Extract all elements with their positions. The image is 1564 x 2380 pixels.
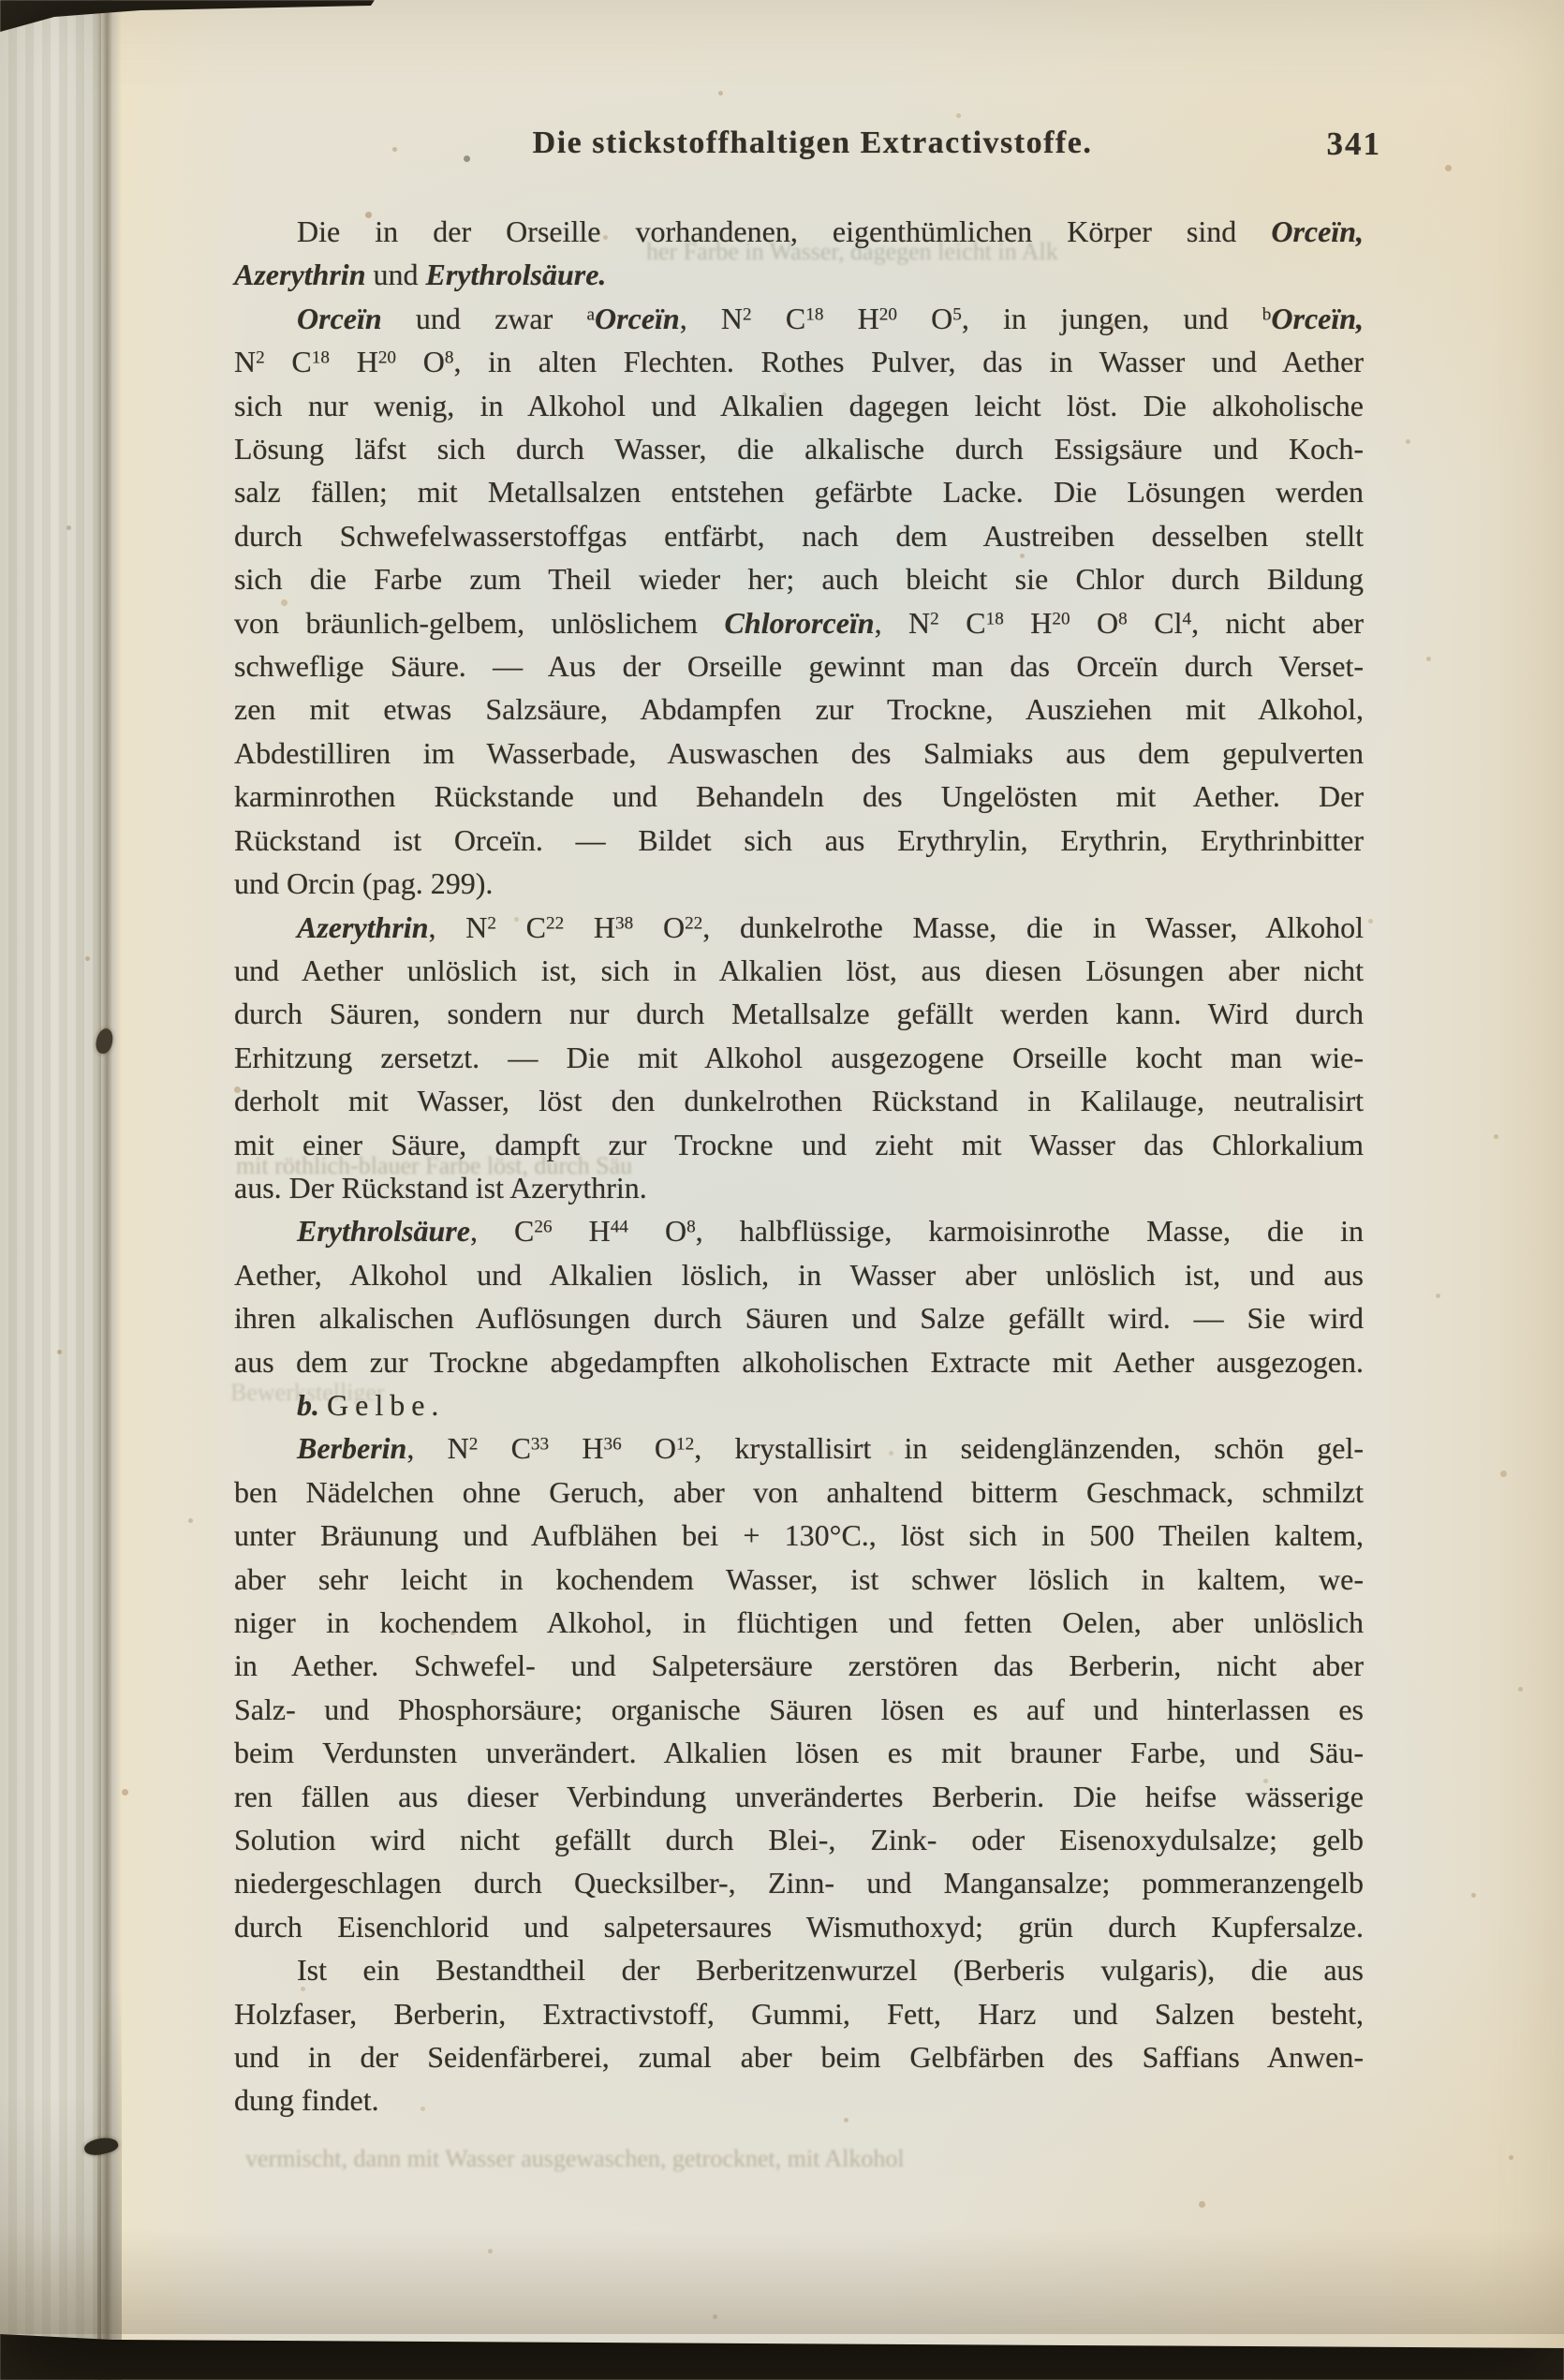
text-segment — [319, 1388, 327, 1422]
text-line: aber sehr leicht in kochendem Wasser, is… — [234, 1558, 1364, 1601]
text-line: und Orcin (pag. 299). — [234, 862, 1364, 905]
text-segment: H — [549, 1431, 603, 1465]
superscript: 4 — [1182, 609, 1191, 628]
text-line: Orceïn und zwar aOrceïn, N2 C18 H20 O5, … — [234, 297, 1364, 340]
text-line: dung findet. — [234, 2078, 1364, 2121]
text-segment: mit einer Säure, dampft zur Trockne und … — [234, 1128, 1364, 1161]
text-segment: von bräunlich-gelbem, unlöslichem — [234, 606, 725, 640]
text-segment: Aether, Alkohol und Alkalien löslich, in… — [234, 1258, 1364, 1292]
text-segment: Lösung läfst sich durch Wasser, die alka… — [234, 432, 1364, 466]
superscript: 44 — [611, 1218, 628, 1237]
text-segment: karminrothen Rückstande und Behandeln de… — [234, 779, 1364, 813]
superscript: 2 — [930, 609, 939, 628]
text-segment: H — [1004, 606, 1053, 640]
superscript: 2 — [743, 304, 752, 324]
text-segment: aus. Der Rückstand ist Azerythrin. — [234, 1171, 647, 1205]
text-segment: Ist ein Bestandtheil der Berberitzenwurz… — [297, 1953, 1364, 1987]
text-segment: O — [897, 302, 952, 335]
superscript: 2 — [256, 348, 265, 368]
superscript: 36 — [603, 1435, 621, 1455]
text-segment: unter Bräunung und Aufblähen bei + 130°C… — [234, 1518, 1364, 1552]
text-line: Ist ein Bestandtheil der Berberitzenwurz… — [234, 1948, 1364, 1991]
superscript: 26 — [534, 1218, 552, 1237]
bleed-through-text: vermischt, dann mit Wasser ausgewaschen,… — [245, 2145, 905, 2173]
text-segment: niedergeschlagen durch Quecksilber-, Zin… — [234, 1866, 1364, 1900]
superscript: 22 — [546, 913, 564, 933]
page-number: 341 — [1327, 126, 1382, 163]
text-segment: und in der Seidenfärberei, zumal aber be… — [234, 2040, 1364, 2074]
text-line: sich die Farbe zum Theil wieder her; auc… — [234, 557, 1364, 600]
text-segment: H — [823, 302, 878, 335]
text-segment: Salz- und Phosphorsäure; organische Säur… — [234, 1693, 1364, 1726]
text-line: durch Schwefelwasserstoffgas entfärbt, n… — [234, 514, 1364, 557]
text-segment: , N — [875, 606, 931, 640]
text-line: niger in kochendem Alkohol, in flüchtige… — [234, 1601, 1364, 1644]
text-segment: und Orcin (pag. 299). — [234, 866, 493, 900]
superscript: a — [587, 304, 596, 324]
text-segment: , krystallisirt in seidenglänzenden, sch… — [694, 1431, 1364, 1465]
text-segment: beim Verdunsten unverändert. Alkalien lö… — [234, 1736, 1364, 1769]
text-line: salz fällen; mit Metallsalzen entstehen … — [234, 470, 1364, 513]
text-segment: , N — [680, 302, 743, 335]
text-line: Salz- und Phosphorsäure; organische Säur… — [234, 1688, 1364, 1731]
text-segment: , nicht aber — [1191, 606, 1364, 640]
superscript: 33 — [531, 1435, 549, 1455]
superscript: 20 — [879, 304, 897, 324]
text-segment: Holzfaser, Berberin, Extractivstoff, Gum… — [234, 1997, 1364, 2031]
text-segment: Abdestilliren im Wasserbade, Auswaschen … — [234, 736, 1364, 770]
text-line: ren fällen aus dieser Verbindung unverän… — [234, 1775, 1364, 1818]
body-text: Die in der Orseille vorhandenen, eigenth… — [234, 210, 1364, 2122]
superscript: 8 — [1118, 609, 1128, 628]
text-segment: Die in der Orseille vorhandenen, eigenth… — [297, 214, 1271, 248]
previous-page-edge — [0, 0, 101, 2380]
text-segment: Cl — [1128, 606, 1183, 640]
text-segment: durch Schwefelwasserstoffgas entfärbt, n… — [234, 519, 1364, 553]
text-line: von bräunlich-gelbem, unlöslichem Chloro… — [234, 601, 1364, 644]
text-line: ben Nädelchen ohne Geruch, aber von anha… — [234, 1471, 1364, 1514]
text-segment: ihren alkalischen Auflösungen durch Säur… — [234, 1301, 1364, 1335]
superscript: 18 — [986, 609, 1004, 628]
text-line: schweflige Säure. — Aus der Orseille gew… — [234, 644, 1364, 687]
text-segment: derholt mit Wasser, löst den dunkelrothe… — [234, 1084, 1364, 1117]
text-segment: und zwar — [382, 302, 587, 335]
text-line: ihren alkalischen Auflösungen durch Säur… — [234, 1296, 1364, 1339]
text-line: mit einer Säure, dampft zur Trockne und … — [234, 1123, 1364, 1166]
text-line: durch Säuren, sondern nur durch Metallsa… — [234, 992, 1364, 1035]
gutter-crease — [97, 0, 122, 2380]
text-line: Aether, Alkohol und Alkalien löslich, in… — [234, 1253, 1364, 1296]
text-segment: Erythrolsäure — [297, 1214, 470, 1248]
text-segment: , C — [470, 1214, 534, 1248]
text-segment: schweflige Säure. — Aus der Orseille gew… — [234, 649, 1364, 683]
text-line: aus. Der Rückstand ist Azerythrin. — [234, 1166, 1364, 1209]
text-line: b. Gelbe. — [234, 1383, 1364, 1427]
text-segment: und Aether unlöslich ist, sich in Alkali… — [234, 953, 1364, 987]
text-line: Erythrolsäure, C26 H44 O8, halbflüssige,… — [234, 1209, 1364, 1252]
text-segment: Berberin — [297, 1431, 406, 1465]
text-segment: O — [396, 345, 445, 378]
text-segment: H — [553, 1214, 611, 1248]
text-segment: Orceïn, — [1271, 302, 1364, 335]
text-segment: C — [939, 606, 986, 640]
gutter-light-band — [118, 0, 249, 2380]
text-segment: Orceïn — [297, 302, 382, 335]
text-segment: , dunkelrothe Masse, die in Wasser, Alko… — [702, 910, 1364, 944]
text-segment: dung findet. — [234, 2083, 379, 2117]
superscript: 38 — [615, 913, 633, 933]
text-segment: C — [265, 345, 312, 378]
text-line: Die in der Orseille vorhandenen, eigenth… — [234, 210, 1364, 253]
superscript: 20 — [378, 348, 396, 368]
text-segment: Rückstand ist Orceïn. — Bildet sich aus … — [234, 823, 1364, 857]
text-segment: durch Säuren, sondern nur durch Metallsa… — [234, 997, 1364, 1030]
superscript: 18 — [312, 348, 330, 368]
text-segment: Erythrolsäure. — [425, 258, 606, 291]
superscript: 12 — [676, 1435, 694, 1455]
text-segment: und — [365, 258, 425, 291]
page-title: Die stickstoffhaltigen Extractivstoffe. — [243, 126, 1381, 161]
text-segment: Erhitzung zersetzt. — Die mit Alkohol au… — [234, 1041, 1364, 1074]
text-segment: durch Eisenchlorid und salpetersaures Wi… — [234, 1910, 1364, 1944]
text-segment: zen mit etwas Salzsäure, Abdampfen zur T… — [234, 692, 1364, 726]
superscript: b — [1262, 304, 1272, 324]
text-segment: C — [752, 302, 806, 335]
text-segment: Chlororceïn — [725, 606, 875, 640]
text-line: N2 C18 H20 O8, in alten Flechten. Rothes… — [234, 340, 1364, 383]
text-segment: , in jungen, und — [962, 302, 1262, 335]
text-segment: , halbflüssige, karmoisinrothe Masse, di… — [696, 1214, 1364, 1248]
superscript: 22 — [685, 913, 702, 933]
text-segment: Orceïn, — [1271, 214, 1364, 248]
text-segment: C — [478, 1431, 531, 1465]
text-segment: salz fällen; mit Metallsalzen entstehen … — [234, 475, 1364, 509]
text-segment: Solution wird nicht gefällt durch Blei-,… — [234, 1823, 1364, 1856]
text-line: Erhitzung zersetzt. — Die mit Alkohol au… — [234, 1036, 1364, 1079]
text-line: karminrothen Rückstande und Behandeln de… — [234, 775, 1364, 818]
text-segment: ren fällen aus dieser Verbindung unverän… — [234, 1780, 1364, 1813]
text-segment: Gelbe. — [327, 1388, 445, 1422]
superscript: 5 — [952, 304, 962, 324]
text-segment: , in alten Flechten. Rothes Pulver, das … — [453, 345, 1364, 378]
text-segment: O — [633, 910, 685, 944]
text-line: sich nur wenig, in Alkohol und Alkalien … — [234, 384, 1364, 427]
running-header: Die stickstoffhaltigen Extractivstoffe. … — [243, 126, 1381, 170]
text-segment: aber sehr leicht in kochendem Wasser, is… — [234, 1562, 1364, 1596]
text-line: Azerythrin, N2 C22 H38 O22, dunkelrothe … — [234, 906, 1364, 949]
superscript: 20 — [1052, 609, 1070, 628]
text-segment: ben Nädelchen ohne Geruch, aber von anha… — [234, 1475, 1364, 1509]
text-segment: in Aether. Schwefel- und Salpetersäure z… — [234, 1648, 1364, 1682]
text-line: niedergeschlagen durch Quecksilber-, Zin… — [234, 1861, 1364, 1904]
text-line: Lösung läfst sich durch Wasser, die alka… — [234, 427, 1364, 470]
superscript: 8 — [445, 348, 454, 368]
superscript: 18 — [805, 304, 823, 324]
text-segment: C — [496, 910, 546, 944]
superscript: 2 — [469, 1435, 479, 1455]
text-line: und Aether unlöslich ist, sich in Alkali… — [234, 949, 1364, 992]
text-line: derholt mit Wasser, löst den dunkelrothe… — [234, 1079, 1364, 1122]
superscript: 2 — [487, 913, 496, 933]
text-segment: sich die Farbe zum Theil wieder her; auc… — [234, 562, 1364, 596]
text-segment: Orceïn — [595, 302, 680, 335]
text-line: unter Bräunung und Aufblähen bei + 130°C… — [234, 1514, 1364, 1557]
text-line: Azerythrin und Erythrolsäure. — [234, 253, 1364, 296]
text-segment: O — [622, 1431, 676, 1465]
text-segment: , N — [428, 910, 487, 944]
text-line: durch Eisenchlorid und salpetersaures Wi… — [234, 1905, 1364, 1948]
text-segment: b. — [297, 1388, 319, 1422]
text-segment: O — [628, 1214, 686, 1248]
text-segment: niger in kochendem Alkohol, in flüchtige… — [234, 1605, 1364, 1639]
text-segment: sich nur wenig, in Alkohol und Alkalien … — [234, 389, 1364, 422]
text-line: zen mit etwas Salzsäure, Abdampfen zur T… — [234, 687, 1364, 731]
text-line: beim Verdunsten unverändert. Alkalien lö… — [234, 1731, 1364, 1774]
text-segment: H — [564, 910, 615, 944]
book-page-scan: her Farbe in Wasser, dagegen leicht in A… — [0, 0, 1564, 2380]
text-line: Abdestilliren im Wasserbade, Auswaschen … — [234, 732, 1364, 775]
text-segment: , N — [406, 1431, 468, 1465]
text-segment: H — [330, 345, 378, 378]
text-line: in Aether. Schwefel- und Salpetersäure z… — [234, 1644, 1364, 1687]
superscript: 8 — [686, 1218, 696, 1237]
text-line: Solution wird nicht gefällt durch Blei-,… — [234, 1818, 1364, 1861]
text-segment: aus dem zur Trockne abgedampften alkohol… — [234, 1345, 1364, 1379]
text-segment: Azerythrin — [234, 258, 365, 291]
text-line: Berberin, N2 C33 H36 O12, krystallisirt … — [234, 1427, 1364, 1470]
text-segment: N — [234, 345, 256, 378]
text-line: Holzfaser, Berberin, Extractivstoff, Gum… — [234, 1992, 1364, 2035]
text-line: Rückstand ist Orceïn. — Bildet sich aus … — [234, 819, 1364, 862]
text-line: und in der Seidenfärberei, zumal aber be… — [234, 2035, 1364, 2078]
text-segment: Azerythrin — [297, 910, 428, 944]
text-segment: O — [1070, 606, 1119, 640]
bottom-page-shadow — [0, 2229, 1564, 2334]
text-line: aus dem zur Trockne abgedampften alkohol… — [234, 1340, 1364, 1383]
